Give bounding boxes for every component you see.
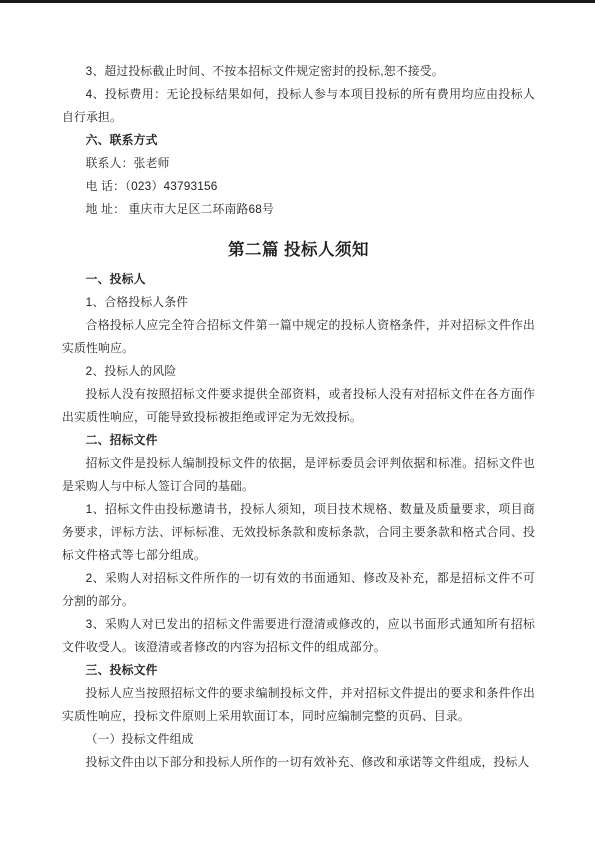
paragraph-bid-doc-preparation: 投标人应当按照招标文件的要求编制投标文件，并对招标文件提出的要求和条件作出实质性…: [62, 682, 535, 728]
document-page: 3、超过投标截止时间、不按本招标文件规定密封的投标,恕不接受。 4、投标费用：无…: [0, 3, 595, 774]
section-heading-bidder: 一、投标人: [62, 268, 535, 291]
paragraph-bidder-risk-detail: 投标人没有按照招标文件要求提供全部资料，或者投标人没有对招标文件在各方面作出实质…: [62, 383, 535, 429]
section-heading-tender-documents: 二、招标文件: [62, 429, 535, 452]
paragraph-deadline-rejection: 3、超过投标截止时间、不按本招标文件规定密封的投标,恕不接受。: [62, 60, 535, 83]
contact-phone-line: 电 话：（023）43793156: [62, 175, 535, 198]
paragraph-bid-cost: 4、投标费用：无论投标结果如何，投标人参与本项目投标的所有费用均应由投标人自行承…: [62, 83, 535, 129]
paragraph-tender-doc-basis: 招标文件是投标人编制投标文件的依据，是评标委员会评判依据和标准。招标文件也是采购…: [62, 452, 535, 498]
paragraph-bid-doc-composition-heading: （一）投标文件组成: [62, 728, 535, 751]
paragraph-bidder-risk-item: 2、投标人的风险: [62, 360, 535, 383]
paragraph-tender-doc-composition: 1、招标文件由投标邀请书，投标人须知，项目技术规格、数量及质量要求，项目商务要求…: [62, 498, 535, 567]
page-title: 第二篇 投标人须知: [62, 235, 535, 265]
contact-address-line: 地 址： 重庆市大足区二环南路68号: [62, 198, 535, 221]
section-heading-bid-documents: 三、投标文件: [62, 659, 535, 682]
paragraph-bid-doc-composition-detail: 投标文件由以下部分和投标人所作的一切有效补充、修改和承诺等文件组成，投标人: [62, 751, 535, 774]
section-heading-contact: 六、联系方式: [62, 129, 535, 152]
paragraph-tender-doc-notices: 2、采购人对招标文件所作的一切有效的书面通知、修改及补充，都是招标文件不可分割的…: [62, 567, 535, 613]
contact-person-line: 联系人：张老师: [62, 152, 535, 175]
paragraph-qualified-bidder-item: 1、合格投标人条件: [62, 291, 535, 314]
paragraph-qualified-bidder-detail: 合格投标人应完全符合招标文件第一篇中规定的投标人资格条件，并对招标文件作出实质性…: [62, 314, 535, 360]
paragraph-tender-doc-clarification: 3、采购人对已发出的招标文件需要进行澄清或修改的，应以书面形式通知所有招标文件收…: [62, 613, 535, 659]
